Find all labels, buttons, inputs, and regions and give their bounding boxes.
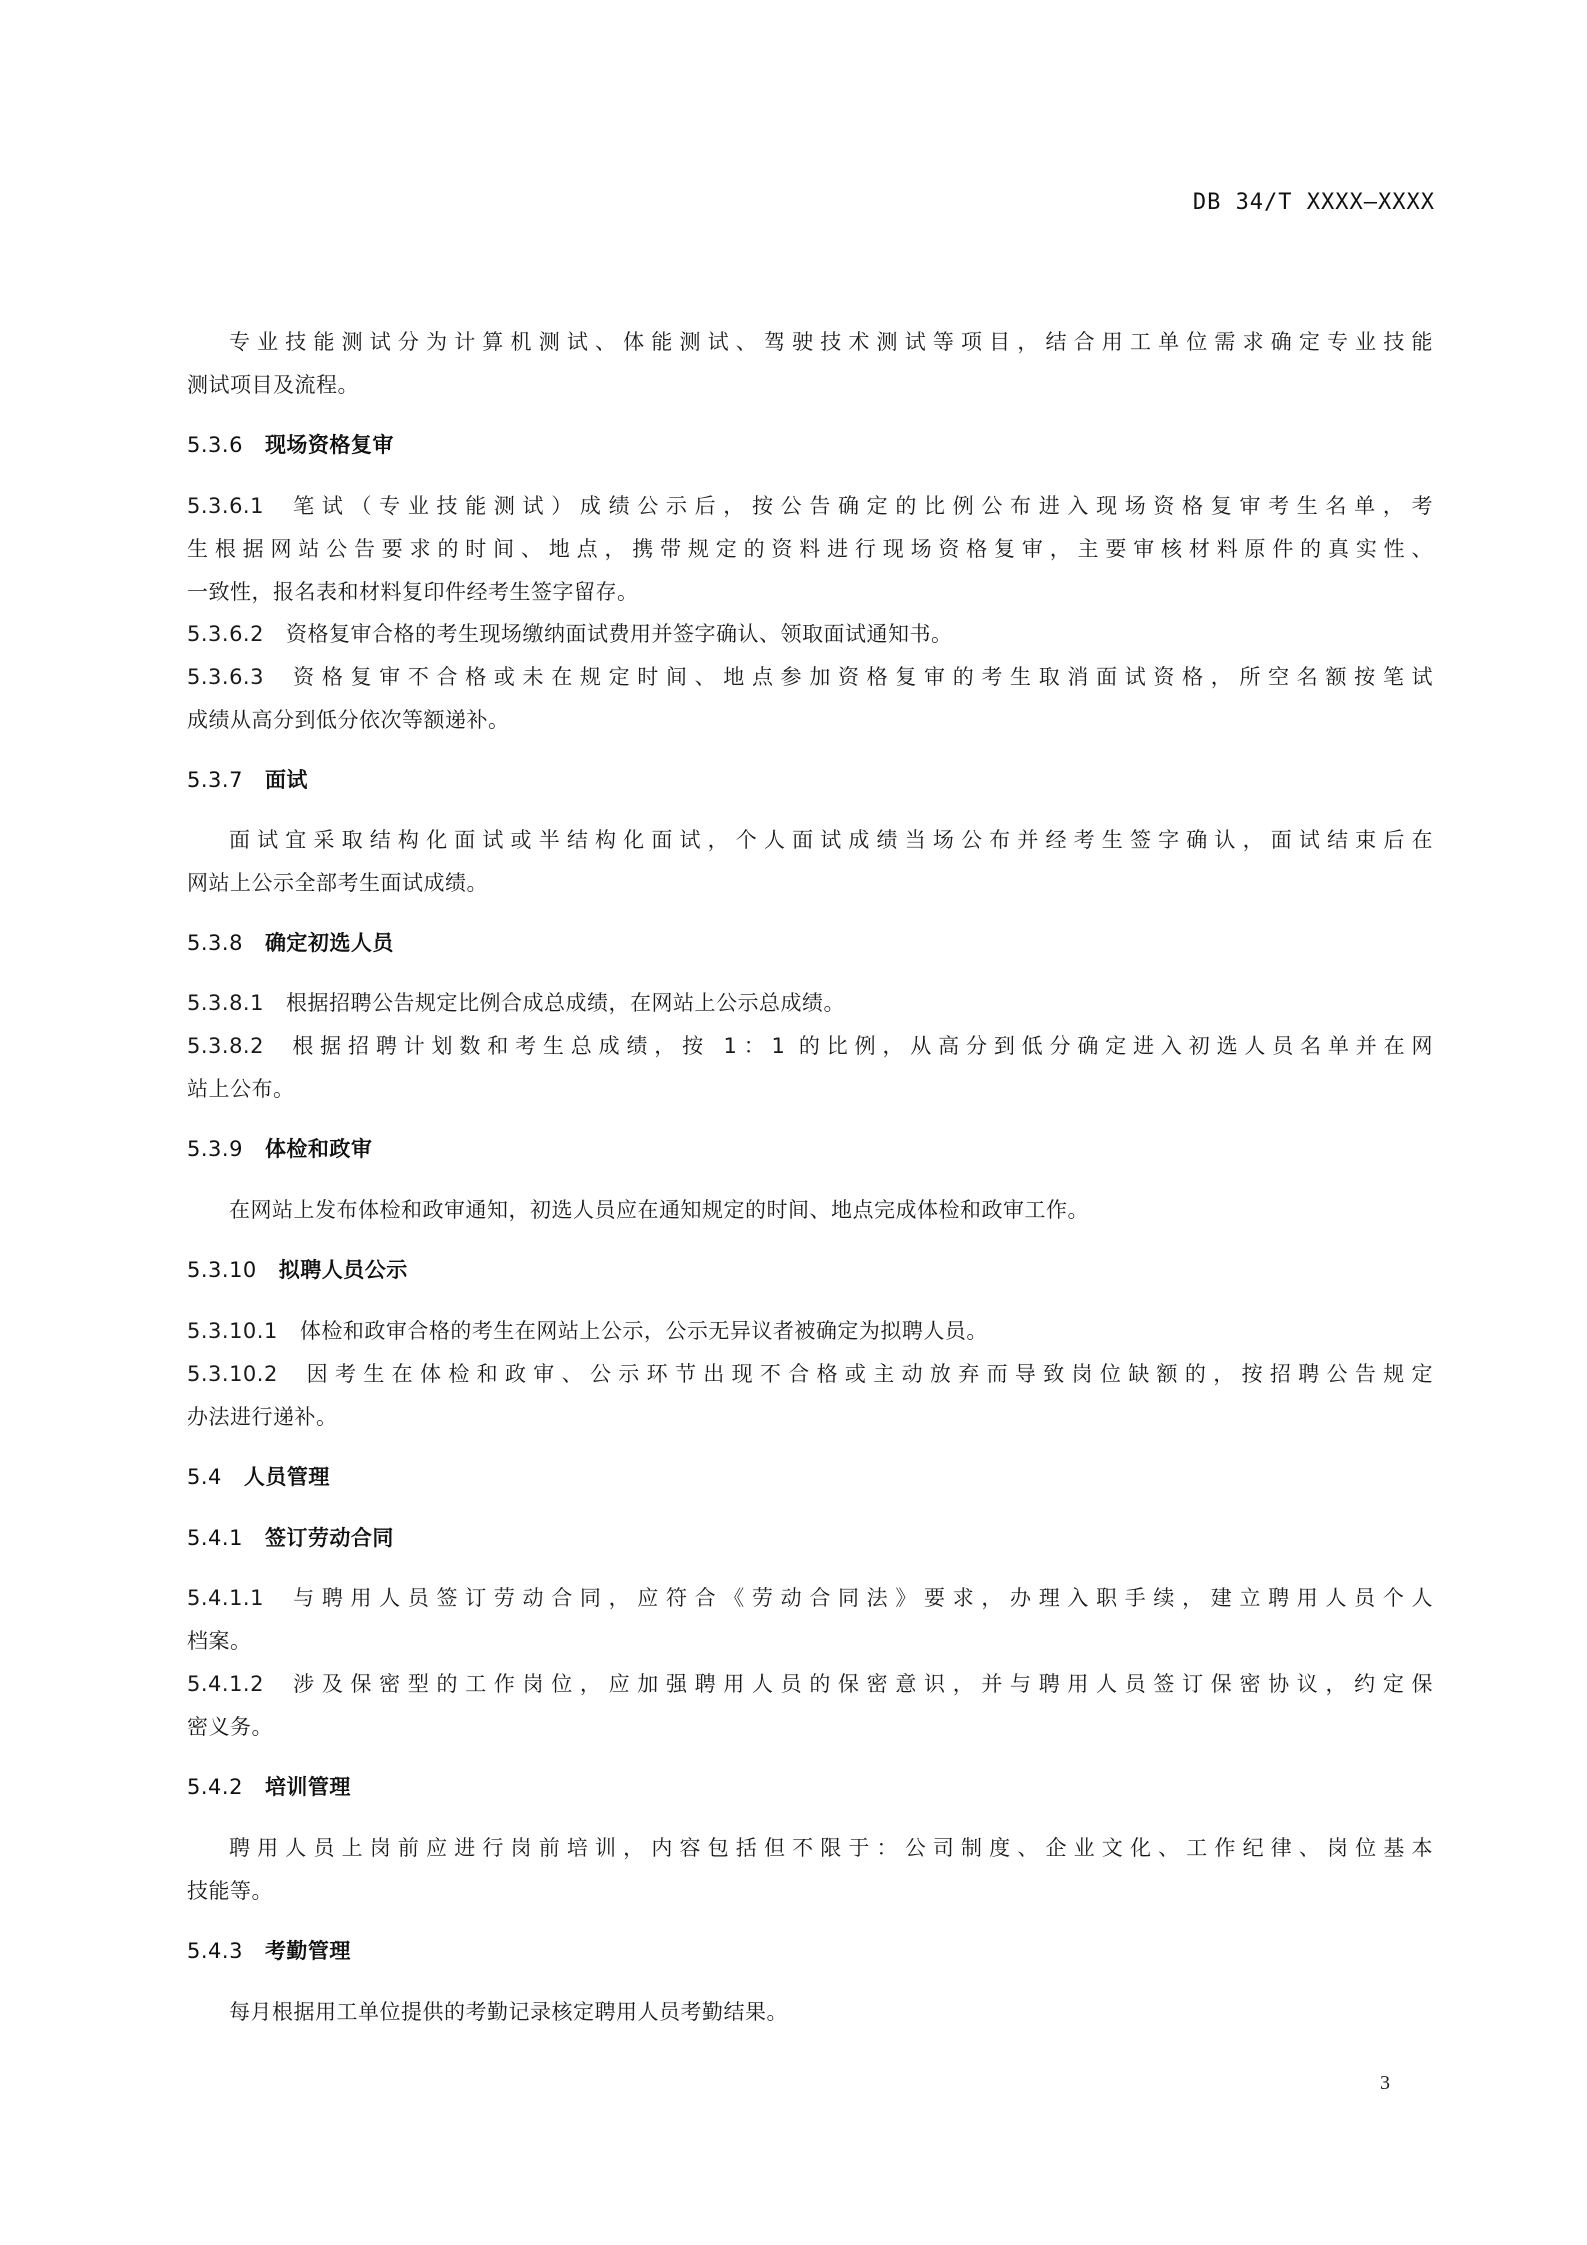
section-title: 签订劳动合同	[265, 1526, 394, 1550]
section-heading-5-4-3: 5.4.3考勤管理	[187, 1936, 1433, 1966]
clause-number: 5.4.1.1	[187, 1583, 264, 1613]
section-title: 确定初选人员	[265, 931, 394, 955]
paragraph-line: 成绩从高分到低分依次等额递补。	[187, 705, 1433, 735]
section-heading-5-3-9: 5.3.9体检和政审	[187, 1134, 1433, 1164]
section-heading-5-3-10: 5.3.10拟聘人员公示	[187, 1255, 1433, 1285]
paragraph-line: 网站上公示全部考生面试成绩。	[187, 868, 1433, 898]
clause-number: 5.3.10.1	[187, 1316, 278, 1346]
section-title: 面试	[265, 768, 308, 792]
clause-5-3-6-2: 5.3.6.2资格复审合格的考生现场缴纳面试费用并签字确认、领取面试通知书。	[187, 619, 1433, 649]
paragraph-line: 技能等。	[187, 1876, 1433, 1906]
clause-number: 5.3.8.2	[187, 1031, 264, 1061]
section-number: 5.4.1	[187, 1523, 243, 1553]
paragraph-line: 办法进行递补。	[187, 1402, 1433, 1432]
clause-number: 5.3.6.1	[187, 491, 264, 521]
paragraph-line: 面试宜采取结构化面试或半结构化面试，个人面试成绩当场公布并经考生签字确认，面试结…	[229, 825, 1433, 855]
clause-number: 5.3.8.1	[187, 988, 264, 1018]
section-heading-5-3-6: 5.3.6现场资格复审	[187, 430, 1433, 460]
clause-number: 5.3.6.3	[187, 662, 264, 692]
section-number: 5.3.8	[187, 928, 243, 958]
clause-5-3-10-1: 5.3.10.1体检和政审合格的考生在网站上公示，公示无异议者被确定为拟聘人员。	[187, 1316, 1433, 1346]
clause-text: 根据招聘计划数和考生总成绩，按 1：1 的比例，从高分到低分确定进入初选人员名单…	[286, 1034, 1433, 1058]
section-title: 人员管理	[244, 1465, 330, 1489]
paragraph-line: 专业技能测试分为计算机测试、体能测试、驾驶技术测试等项目，结合用工单位需求确定专…	[229, 327, 1433, 357]
clause-text: 笔试（专业技能测试）成绩公示后，按公告确定的比例公布进入现场资格复审考生名单，考	[286, 494, 1433, 518]
section-number: 5.4.3	[187, 1936, 243, 1966]
section-heading-5-4-2: 5.4.2培训管理	[187, 1772, 1433, 1802]
paragraph-line: 每月根据用工单位提供的考勤记录核定聘用人员考勤结果。	[229, 1997, 1433, 2027]
section-heading-5-4-1: 5.4.1签订劳动合同	[187, 1523, 1433, 1553]
clause-text: 资格复审合格的考生现场缴纳面试费用并签字确认、领取面试通知书。	[286, 622, 953, 646]
clause-text: 根据招聘公告规定比例合成总成绩，在网站上公示总成绩。	[286, 991, 845, 1015]
section-number: 5.3.7	[187, 765, 243, 795]
page-number: 3	[1380, 2072, 1390, 2095]
clause-number: 5.4.1.2	[187, 1669, 264, 1699]
section-title: 现场资格复审	[265, 433, 394, 457]
paragraph-line: 档案。	[187, 1626, 1433, 1656]
section-title: 培训管理	[265, 1775, 351, 1799]
section-heading-5-3-8: 5.3.8确定初选人员	[187, 928, 1433, 958]
page-header-doc-code: DB 34/T XXXX—XXXX	[1193, 190, 1435, 215]
section-number: 5.4	[187, 1462, 222, 1492]
clause-text: 资格复审不合格或未在规定时间、地点参加资格复审的考生取消面试资格，所空名额按笔试	[286, 665, 1433, 689]
section-title: 拟聘人员公示	[279, 1258, 408, 1282]
paragraph-line: 测试项目及流程。	[187, 370, 1433, 400]
section-title: 考勤管理	[265, 1939, 351, 1963]
clause-5-4-1-2: 5.4.1.2涉及保密型的工作岗位，应加强聘用人员的保密意识，并与聘用人员签订保…	[187, 1669, 1433, 1699]
clause-text: 涉及保密型的工作岗位，应加强聘用人员的保密意识，并与聘用人员签订保密协议，约定保	[286, 1672, 1433, 1696]
clause-5-3-6-3: 5.3.6.3资格复审不合格或未在规定时间、地点参加资格复审的考生取消面试资格，…	[187, 662, 1433, 692]
clause-number: 5.3.10.2	[187, 1359, 278, 1389]
section-heading-5-4: 5.4人员管理	[187, 1462, 1433, 1492]
clause-text: 与聘用人员签订劳动合同，应符合《劳动合同法》要求，办理入职手续，建立聘用人员个人	[286, 1586, 1433, 1610]
section-number: 5.3.10	[187, 1255, 257, 1285]
section-number: 5.3.9	[187, 1134, 243, 1164]
section-title: 体检和政审	[265, 1137, 373, 1161]
clause-number: 5.3.6.2	[187, 619, 264, 649]
paragraph-line: 一致性，报名表和材料复印件经考生签字留存。	[187, 577, 1433, 607]
clause-5-3-8-2: 5.3.8.2根据招聘计划数和考生总成绩，按 1：1 的比例，从高分到低分确定进…	[187, 1031, 1433, 1061]
section-number: 5.4.2	[187, 1772, 243, 1802]
clause-text: 因考生在体检和政审、公示环节出现不合格或主动放弃而导致岗位缺额的，按招聘公告规定	[300, 1362, 1433, 1386]
clause-5-3-8-1: 5.3.8.1根据招聘公告规定比例合成总成绩，在网站上公示总成绩。	[187, 988, 1433, 1018]
clause-5-3-6-1: 5.3.6.1笔试（专业技能测试）成绩公示后，按公告确定的比例公布进入现场资格复…	[187, 491, 1433, 521]
section-heading-5-3-7: 5.3.7面试	[187, 765, 1433, 795]
clause-text: 体检和政审合格的考生在网站上公示，公示无异议者被确定为拟聘人员。	[300, 1319, 988, 1343]
clause-5-3-10-2: 5.3.10.2因考生在体检和政审、公示环节出现不合格或主动放弃而导致岗位缺额的…	[187, 1359, 1433, 1389]
paragraph-line: 密义务。	[187, 1712, 1433, 1742]
section-number: 5.3.6	[187, 430, 243, 460]
paragraph-line: 生根据网站公告要求的时间、地点，携带规定的资料进行现场资格复审，主要审核材料原件…	[187, 534, 1433, 564]
paragraph-line: 在网站上发布体检和政审通知，初选人员应在通知规定的时间、地点完成体检和政审工作。	[229, 1195, 1433, 1225]
clause-5-4-1-1: 5.4.1.1与聘用人员签订劳动合同，应符合《劳动合同法》要求，办理入职手续，建…	[187, 1583, 1433, 1613]
paragraph-line: 聘用人员上岗前应进行岗前培训，内容包括但不限于：公司制度、企业文化、工作纪律、岗…	[229, 1833, 1433, 1863]
paragraph-line: 站上公布。	[187, 1074, 1433, 1104]
